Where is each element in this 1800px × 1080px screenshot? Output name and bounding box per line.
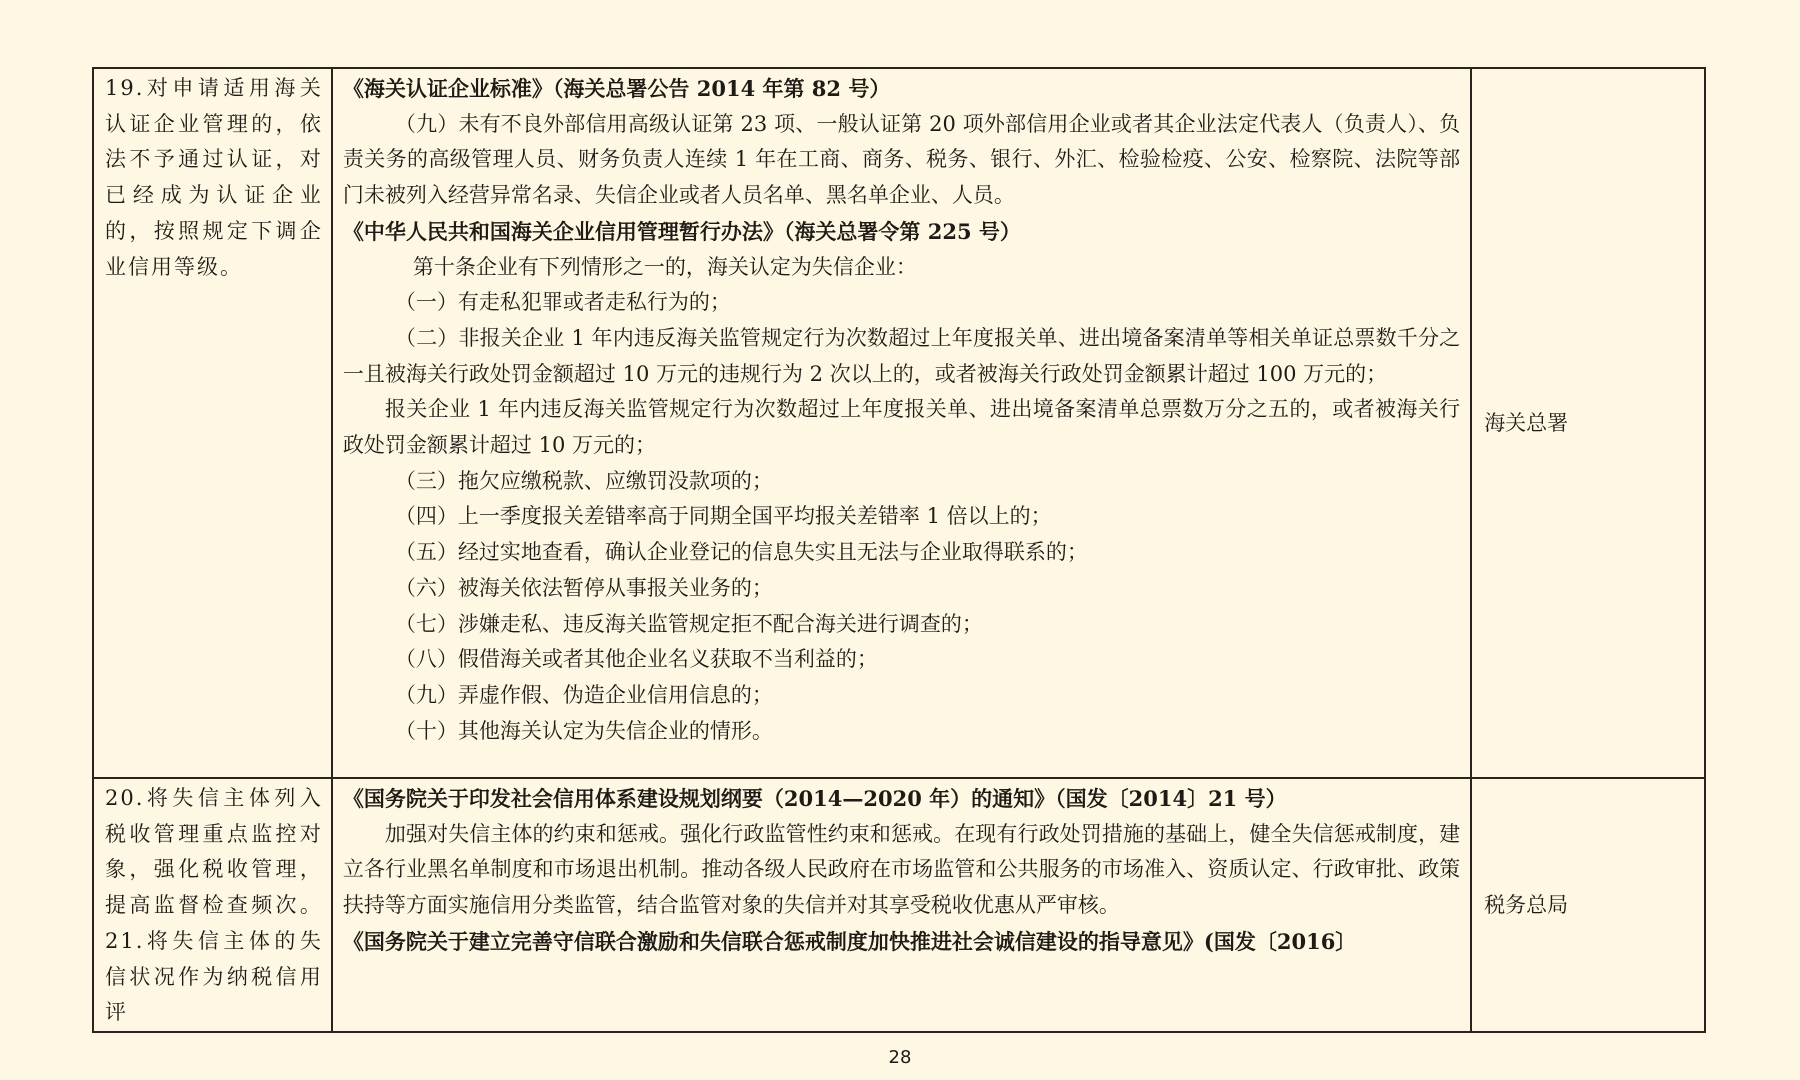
list-item: （八）假借海关或者其他企业名义获取不当利益的； [343, 642, 1460, 678]
clause-paragraph: 加强对失信主体的约束和惩戒。强化行政监管性约束和惩戒。在现有行政处罚措施的基础上… [343, 817, 1460, 924]
measure-item-cell: 20.将失信主体列入税收管理重点监控对象，强化税收管理，提高监督检查频次。21.… [93, 778, 332, 1032]
table-row: 20.将失信主体列入税收管理重点监控对象，强化税收管理，提高监督检查频次。21.… [93, 778, 1705, 1032]
measure-item-text: 19.对申请适用海关认证企业管理的，依法不予通过认证，对已经成为认证企业的，按照… [105, 71, 323, 285]
list-item: （十）其他海关认定为失信企业的情形。 [343, 714, 1460, 750]
department-cell: 海关总署 [1471, 68, 1705, 778]
table-row: 19.对申请适用海关认证企业管理的，依法不予通过认证，对已经成为认证企业的，按照… [93, 68, 1705, 778]
department-name: 海关总署 [1484, 411, 1568, 435]
list-item: （二）非报关企业 1 年内违反海关监管规定行为次数超过上年度报关单、进出境备案清… [343, 321, 1460, 392]
list-item: 报关企业 1 年内违反海关监管规定行为次数超过上年度报关单、进出境备案清单总票数… [343, 392, 1460, 463]
document-title: 《国务院关于建立完善守信联合激励和失信联合惩戒制度加快推进社会诚信建设的指导意见… [343, 924, 1460, 960]
list-item: （五）经过实地查看，确认企业登记的信息失实且无法与企业取得联系的； [343, 535, 1460, 571]
document-title: 《国务院关于印发社会信用体系建设规划纲要（2014—2020 年）的通知》（国发… [343, 781, 1460, 817]
list-item: （三）拖欠应缴税款、应缴罚没款项的； [343, 464, 1460, 500]
list-item: （一）有走私犯罪或者走私行为的； [343, 285, 1460, 321]
department-cell: 税务总局 [1471, 778, 1705, 1032]
legal-basis-cell: 《国务院关于印发社会信用体系建设规划纲要（2014—2020 年）的通知》（国发… [332, 778, 1471, 1032]
list-item: （七）涉嫌走私、违反海关监管规定拒不配合海关进行调查的； [343, 607, 1460, 643]
measures-table: 19.对申请适用海关认证企业管理的，依法不予通过认证，对已经成为认证企业的，按照… [92, 67, 1706, 1033]
measure-item-text: 20.将失信主体列入税收管理重点监控对象，强化税收管理，提高监督检查频次。21.… [105, 781, 323, 1031]
page-number: 28 [0, 1047, 1800, 1068]
document-title: 《中华人民共和国海关企业信用管理暂行办法》（海关总署令第 225 号） [343, 214, 1460, 250]
list-item: （九）弄虚作假、伪造企业信用信息的； [343, 678, 1460, 714]
article-text: 第十条企业有下列情形之一的，海关认定为失信企业： [343, 250, 1460, 286]
clause-paragraph: （九）未有不良外部信用高级认证第 23 项、一般认证第 20 项外部信用企业或者… [343, 107, 1460, 214]
legal-basis-cell: 《海关认证企业标准》（海关总署公告 2014 年第 82 号） （九）未有不良外… [332, 68, 1471, 778]
list-item: （六）被海关依法暂停从事报关业务的； [343, 571, 1460, 607]
document-title: 《海关认证企业标准》（海关总署公告 2014 年第 82 号） [343, 71, 1460, 107]
measure-item-cell: 19.对申请适用海关认证企业管理的，依法不予通过认证，对已经成为认证企业的，按照… [93, 68, 332, 778]
list-item: （四）上一季度报关差错率高于同期全国平均报关差错率 1 倍以上的； [343, 499, 1460, 535]
department-name: 税务总局 [1484, 893, 1568, 917]
